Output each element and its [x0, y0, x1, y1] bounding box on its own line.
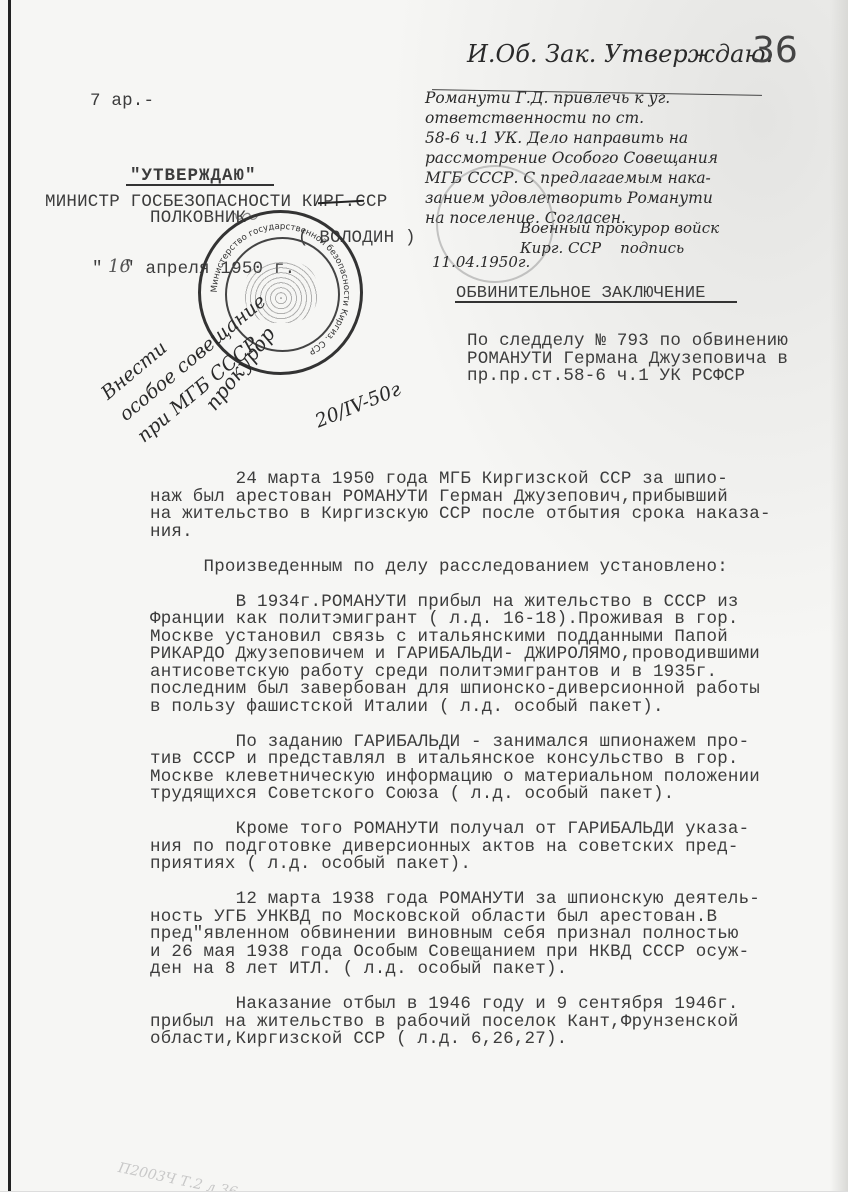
approval-day-handwritten: 16 — [108, 256, 131, 277]
document-body: 24 марта 1950 года МГБ Киргизской ССР за… — [150, 471, 771, 1049]
handwritten-signature-block: Военный прокурор войск Кирг. ССР подпись — [520, 218, 719, 258]
handwritten-left-date: 20/IV-50г — [312, 378, 404, 432]
handwritten-resolution-date: 11.04.1950г. — [432, 253, 530, 271]
title-underline — [455, 301, 737, 303]
handwritten-header: И.Об. Зак. Утверждаю. — [467, 40, 773, 68]
binding-edge — [8, 0, 11, 1200]
page-bottom-edge — [0, 1191, 848, 1200]
page-number: 36 — [752, 30, 798, 71]
cover-number: 7 ар.- — [90, 92, 154, 111]
approval-underline — [126, 184, 274, 186]
page-shadow — [830, 0, 848, 1200]
document-page: 7 ар.- И.Об. Зак. Утверждаю. 36 Романути… — [0, 0, 848, 1200]
case-info: По следделу № 793 по обвинению РОМАНУТИ … — [467, 333, 788, 386]
